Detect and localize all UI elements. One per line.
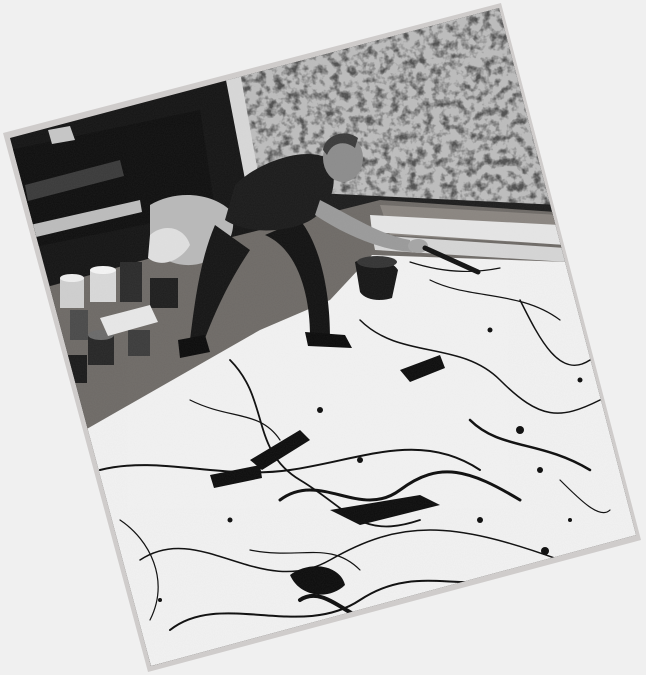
photograph: [0, 0, 646, 675]
photo-print: [0, 0, 646, 675]
